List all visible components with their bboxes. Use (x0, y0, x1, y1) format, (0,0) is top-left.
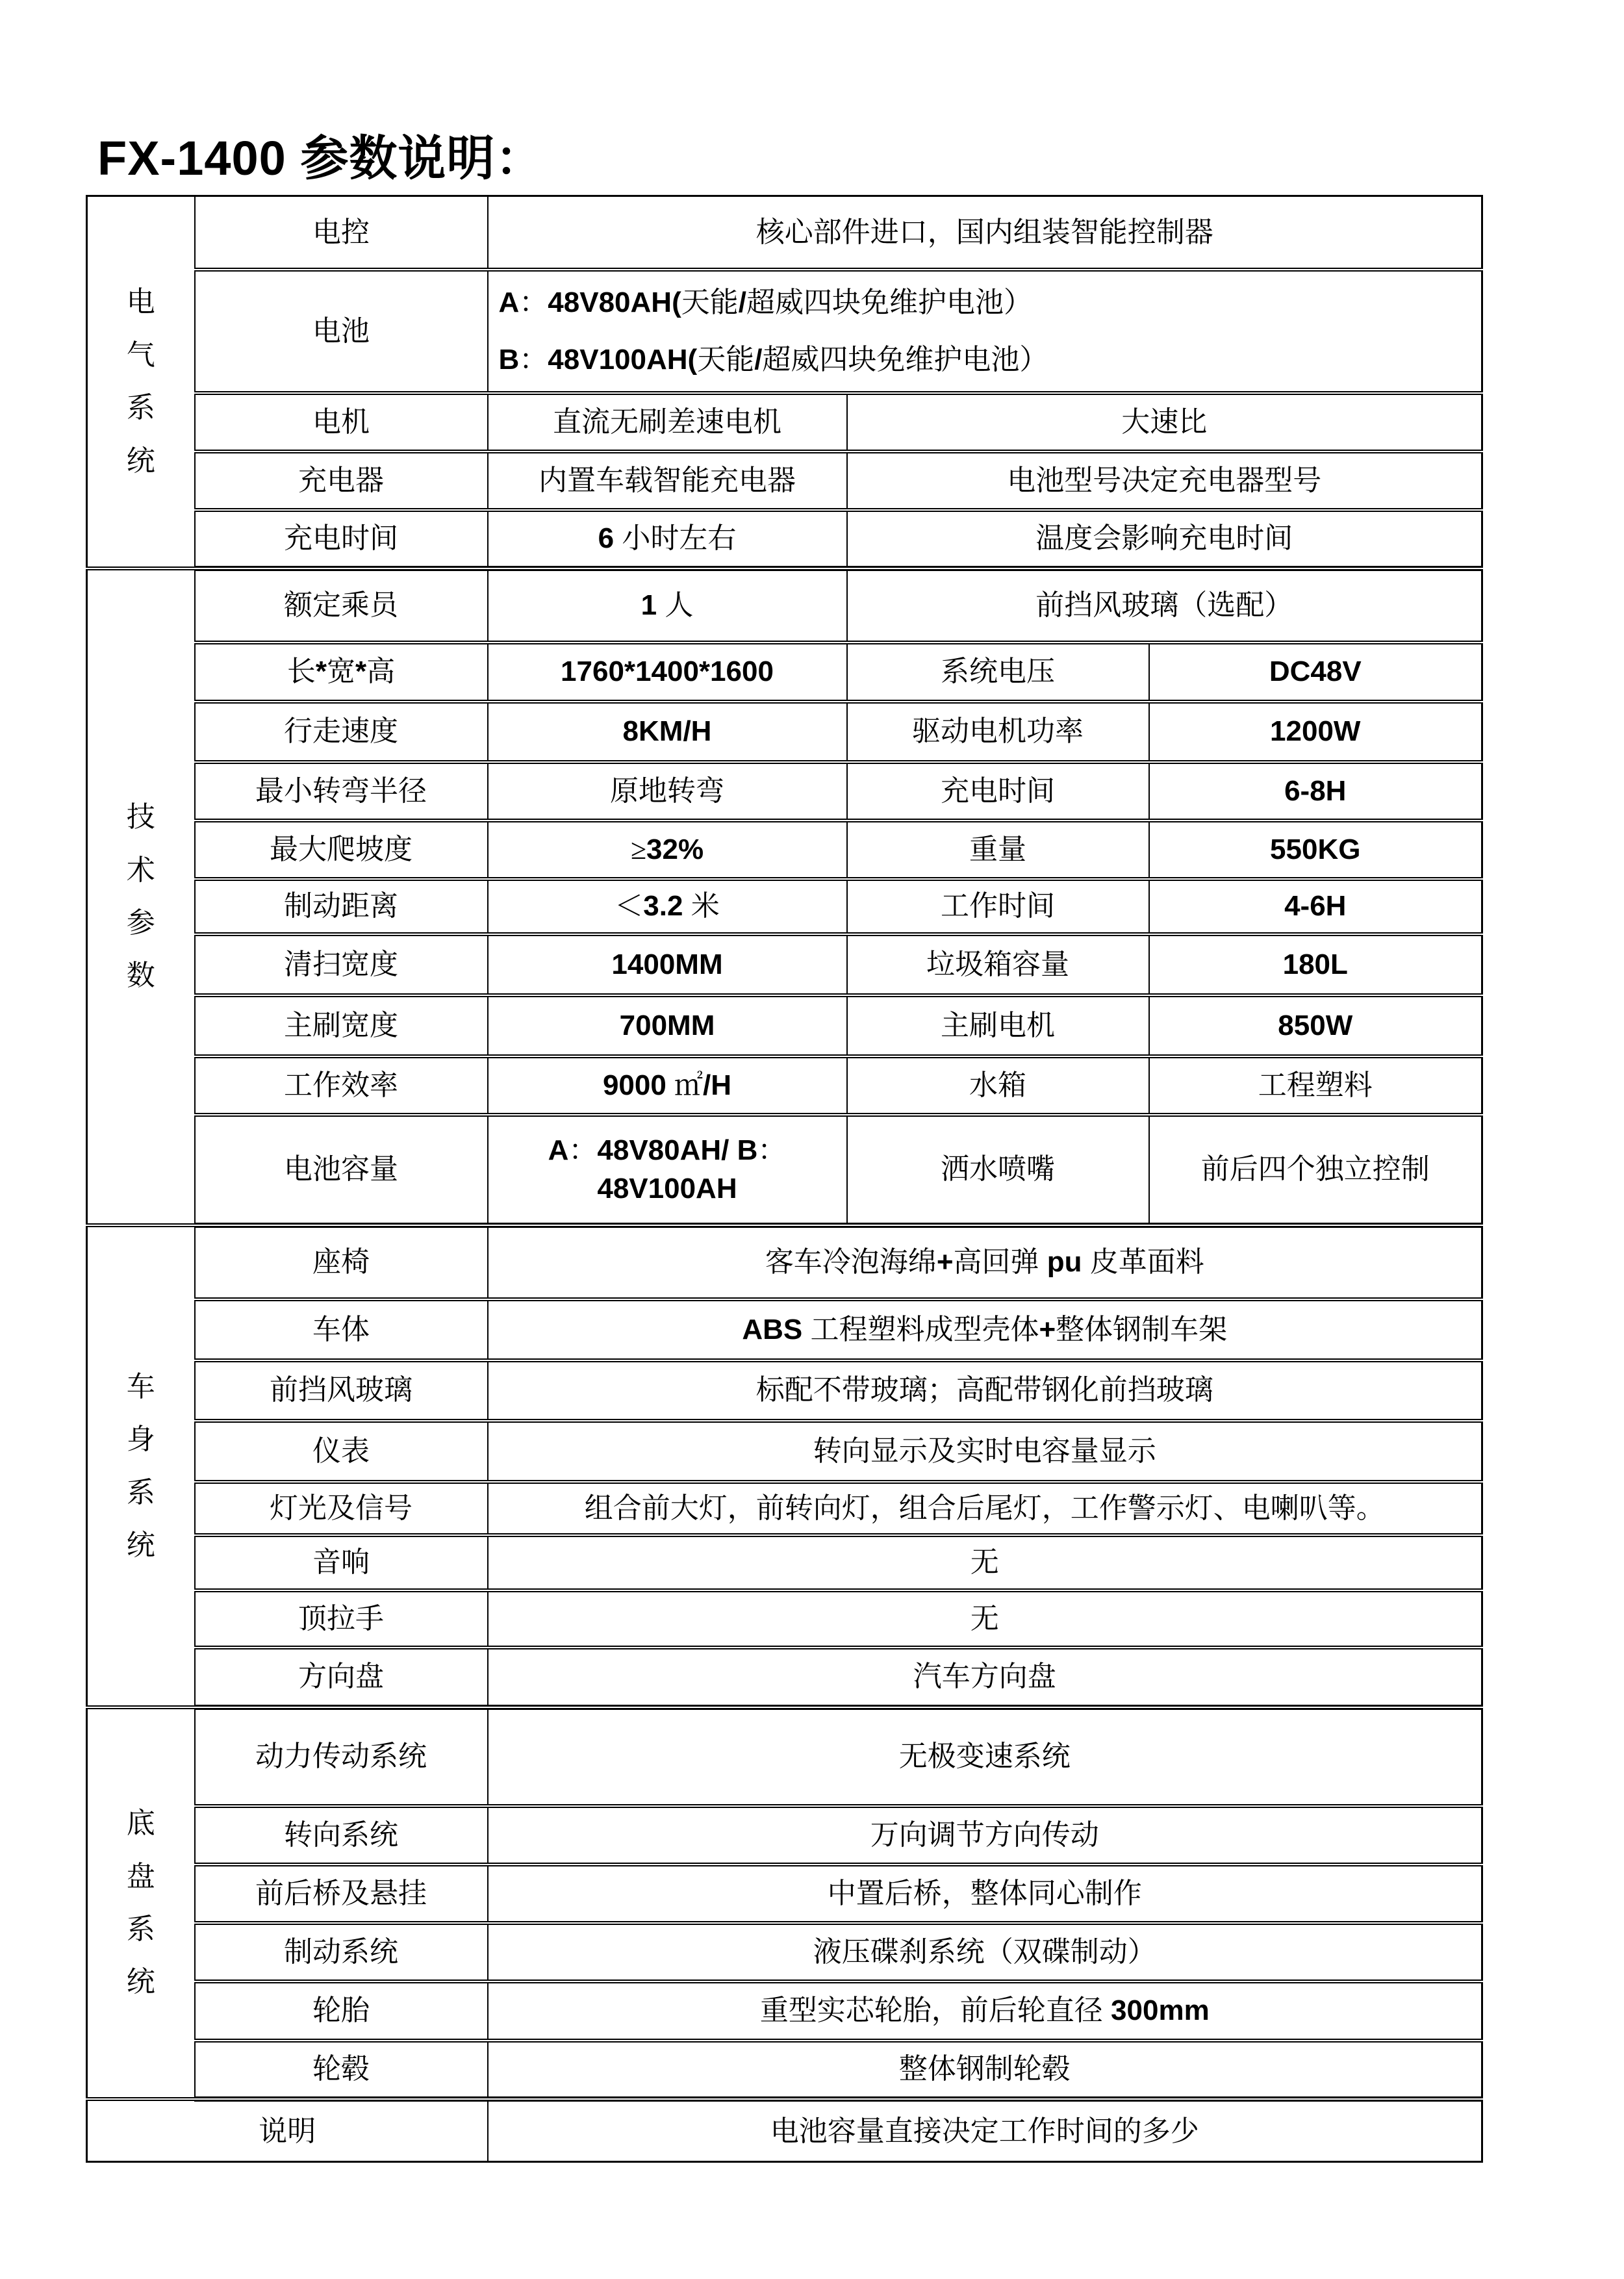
row-label-2: 洒水喷嘴 (847, 1115, 1149, 1225)
row-value: 9000 ㎡/H (488, 1056, 847, 1115)
row-value: 原地转弯 (488, 762, 847, 821)
row-value: 1400MM (488, 934, 847, 995)
row-value: 标配不带玻璃；高配带钢化前挡玻璃 (488, 1360, 1482, 1421)
row-value: 汽车方向盘 (488, 1648, 1482, 1707)
section-label-line: 系统 (94, 1466, 188, 1572)
row-label-2: 工作时间 (847, 879, 1149, 934)
row-value: 前后四个独立控制 (1149, 1115, 1482, 1225)
row-value: 6-8H (1149, 762, 1482, 821)
row-value: 核心部件进口，国内组装智能控制器 (488, 196, 1482, 270)
row-label: 音响 (195, 1535, 488, 1590)
row-label: 充电器 (195, 452, 488, 510)
row-label: 顶拉手 (195, 1590, 488, 1648)
row-label: 轮毂 (195, 2041, 488, 2099)
row-value: 4-6H (1149, 879, 1482, 934)
row-label: 车体 (195, 1299, 488, 1360)
row-value: 客车冷泡海绵+高回弹 pu 皮革面料 (488, 1225, 1482, 1299)
row-label: 行走速度 (195, 702, 488, 762)
row-value: 无 (488, 1535, 1482, 1590)
spec-row: 方向盘汽车方向盘 (87, 1648, 1482, 1707)
row-value: 组合前大灯，前转向灯，组合后尾灯，工作警示灯、电喇叭等。 (488, 1482, 1482, 1535)
row-label-2: 重量 (847, 821, 1149, 879)
row-value: 工程塑料 (1149, 1056, 1482, 1115)
section-label-line: 技术 (94, 791, 188, 897)
row-label: 工作效率 (195, 1056, 488, 1115)
row-label: 制动系统 (195, 1923, 488, 1981)
spec-row: 灯光及信号组合前大灯，前转向灯，组合后尾灯，工作警示灯、电喇叭等。 (87, 1482, 1482, 1535)
spec-row: 顶拉手无 (87, 1590, 1482, 1648)
row-value: 1 人 (488, 568, 847, 643)
row-label: 电池容量 (195, 1115, 488, 1225)
row-value: 电池型号决定充电器型号 (847, 452, 1482, 510)
row-value: 1760*1400*1600 (488, 643, 847, 702)
row-value: ＜3.2 米 (488, 879, 847, 934)
spec-row: 音响无 (87, 1535, 1482, 1590)
row-value: ≥32% (488, 821, 847, 879)
row-value: DC48V (1149, 643, 1482, 702)
row-label: 灯光及信号 (195, 1482, 488, 1535)
section-label-line: 系统 (94, 1903, 188, 2009)
spec-row: 长*宽*高1760*1400*1600系统电压DC48V (87, 643, 1482, 702)
row-label: 电机 (195, 393, 488, 452)
spec-row: 工作效率9000 ㎡/H水箱工程塑料 (87, 1056, 1482, 1115)
row-value: 700MM (488, 995, 847, 1056)
row-value: 6 小时左右 (488, 510, 847, 568)
section-label: 车身系统 (87, 1225, 195, 1707)
row-label: 长*宽*高 (195, 643, 488, 702)
row-value: 整体钢制轮毂 (488, 2041, 1482, 2099)
row-value: 转向显示及实时电容量显示 (488, 1421, 1482, 1482)
row-value: 550KG (1149, 821, 1482, 879)
spec-row: 转向系统万向调节方向传动 (87, 1806, 1482, 1865)
spec-row: 前后桥及悬挂中置后桥，整体同心制作 (87, 1865, 1482, 1923)
row-label: 前后桥及悬挂 (195, 1865, 488, 1923)
spec-row: 清扫宽度1400MM垃圾箱容量180L (87, 934, 1482, 995)
row-label: 前挡风玻璃 (195, 1360, 488, 1421)
row-label: 主刷宽度 (195, 995, 488, 1056)
row-label-2: 水箱 (847, 1056, 1149, 1115)
row-value: 直流无刷差速电机 (488, 393, 847, 452)
document-page: { "page": { "title": "FX-1400 参数说明：" }, … (0, 0, 1624, 2279)
row-label: 座椅 (195, 1225, 488, 1299)
spec-footer-row: 说明电池容量直接决定工作时间的多少 (87, 2099, 1482, 2162)
spec-row: 车身系统座椅客车冷泡海绵+高回弹 pu 皮革面料 (87, 1225, 1482, 1299)
section-label-line: 电气 (94, 275, 188, 381)
spec-row: 行走速度8KM/H驱动电机功率1200W (87, 702, 1482, 762)
page-title: FX-1400 参数说明： (97, 120, 544, 189)
row-label: 动力传动系统 (195, 1707, 488, 1806)
row-label-2: 主刷电机 (847, 995, 1149, 1056)
row-value: 180L (1149, 934, 1482, 995)
row-value: 1200W (1149, 702, 1482, 762)
row-label: 额定乘员 (195, 568, 488, 643)
row-label: 最小转弯半径 (195, 762, 488, 821)
section-label: 技术参数 (87, 568, 195, 1225)
row-value: 无极变速系统 (488, 1707, 1482, 1806)
spec-row: 制动系统液压碟刹系统（双碟制动） (87, 1923, 1482, 1981)
row-label: 最大爬坡度 (195, 821, 488, 879)
spec-row: 仪表转向显示及实时电容量显示 (87, 1421, 1482, 1482)
spec-row: 电机直流无刷差速电机大速比 (87, 393, 1482, 452)
row-value: 大速比 (847, 393, 1482, 452)
row-label: 方向盘 (195, 1648, 488, 1707)
section-label-line: 系统 (94, 381, 188, 487)
row-label-2: 充电时间 (847, 762, 1149, 821)
row-value: 前挡风玻璃（选配） (847, 568, 1482, 643)
spec-row: 车体ABS 工程塑料成型壳体+整体钢制车架 (87, 1299, 1482, 1360)
row-label: 仪表 (195, 1421, 488, 1482)
spec-row: 轮毂整体钢制轮毂 (87, 2041, 1482, 2099)
spec-row: 充电器内置车载智能充电器电池型号决定充电器型号 (87, 452, 1482, 510)
spec-row: 电池A：48V80AH(天能/超威四块免维护电池）B：48V100AH(天能/超… (87, 270, 1482, 393)
section-label: 底盘系统 (87, 1707, 195, 2099)
row-value: 8KM/H (488, 702, 847, 762)
spec-row: 主刷宽度700MM主刷电机850W (87, 995, 1482, 1056)
spec-row: 轮胎重型实芯轮胎，前后轮直径 300mm (87, 1981, 1482, 2041)
row-value: 温度会影响充电时间 (847, 510, 1482, 568)
section-label: 电气系统 (87, 196, 195, 568)
spec-row: 电池容量A：48V80AH/ B：48V100AH洒水喷嘴前后四个独立控制 (87, 1115, 1482, 1225)
value-line: B：48V100AH(天能/超威四块免维护电池） (499, 331, 1475, 388)
spec-row: 电气系统电控核心部件进口，国内组装智能控制器 (87, 196, 1482, 270)
spec-row: 充电时间6 小时左右温度会影响充电时间 (87, 510, 1482, 568)
row-value: 中置后桥，整体同心制作 (488, 1865, 1482, 1923)
row-value: 850W (1149, 995, 1482, 1056)
spec-row: 技术参数额定乘员1 人前挡风玻璃（选配） (87, 568, 1482, 643)
row-label: 制动距离 (195, 879, 488, 934)
section-label-line: 参数 (94, 897, 188, 1002)
row-label-2: 驱动电机功率 (847, 702, 1149, 762)
spec-row: 最小转弯半径原地转弯充电时间6-8H (87, 762, 1482, 821)
row-value: ABS 工程塑料成型壳体+整体钢制车架 (488, 1299, 1482, 1360)
row-value: 无 (488, 1590, 1482, 1648)
row-label-2: 系统电压 (847, 643, 1149, 702)
row-label: 清扫宽度 (195, 934, 488, 995)
row-label: 轮胎 (195, 1981, 488, 2041)
spec-row: 制动距离＜3.2 米工作时间4-6H (87, 879, 1482, 934)
value-line: A：48V80AH(天能/超威四块免维护电池） (499, 274, 1475, 331)
row-label: 电池 (195, 270, 488, 393)
section-label-line: 车身 (94, 1360, 188, 1466)
row-value: A：48V80AH(天能/超威四块免维护电池）B：48V100AH(天能/超威四… (488, 270, 1482, 393)
section-label-line: 底盘 (94, 1797, 188, 1903)
row-label: 充电时间 (195, 510, 488, 568)
spec-row: 底盘系统动力传动系统无极变速系统 (87, 1707, 1482, 1806)
row-label: 转向系统 (195, 1806, 488, 1865)
row-value: A：48V80AH/ B：48V100AH (488, 1115, 847, 1225)
row-value: 重型实芯轮胎，前后轮直径 300mm (488, 1981, 1482, 2041)
row-label: 电控 (195, 196, 488, 270)
row-value: 液压碟刹系统（双碟制动） (488, 1923, 1482, 1981)
footer-label: 说明 (87, 2099, 488, 2162)
footer-value: 电池容量直接决定工作时间的多少 (488, 2099, 1482, 2162)
row-value: 万向调节方向传动 (488, 1806, 1482, 1865)
row-value: 内置车载智能充电器 (488, 452, 847, 510)
spec-row: 最大爬坡度≥32%重量550KG (87, 821, 1482, 879)
spec-row: 前挡风玻璃标配不带玻璃；高配带钢化前挡玻璃 (87, 1360, 1482, 1421)
spec-table: 电气系统电控核心部件进口，国内组装智能控制器电池A：48V80AH(天能/超威四… (86, 195, 1483, 2163)
row-label-2: 垃圾箱容量 (847, 934, 1149, 995)
